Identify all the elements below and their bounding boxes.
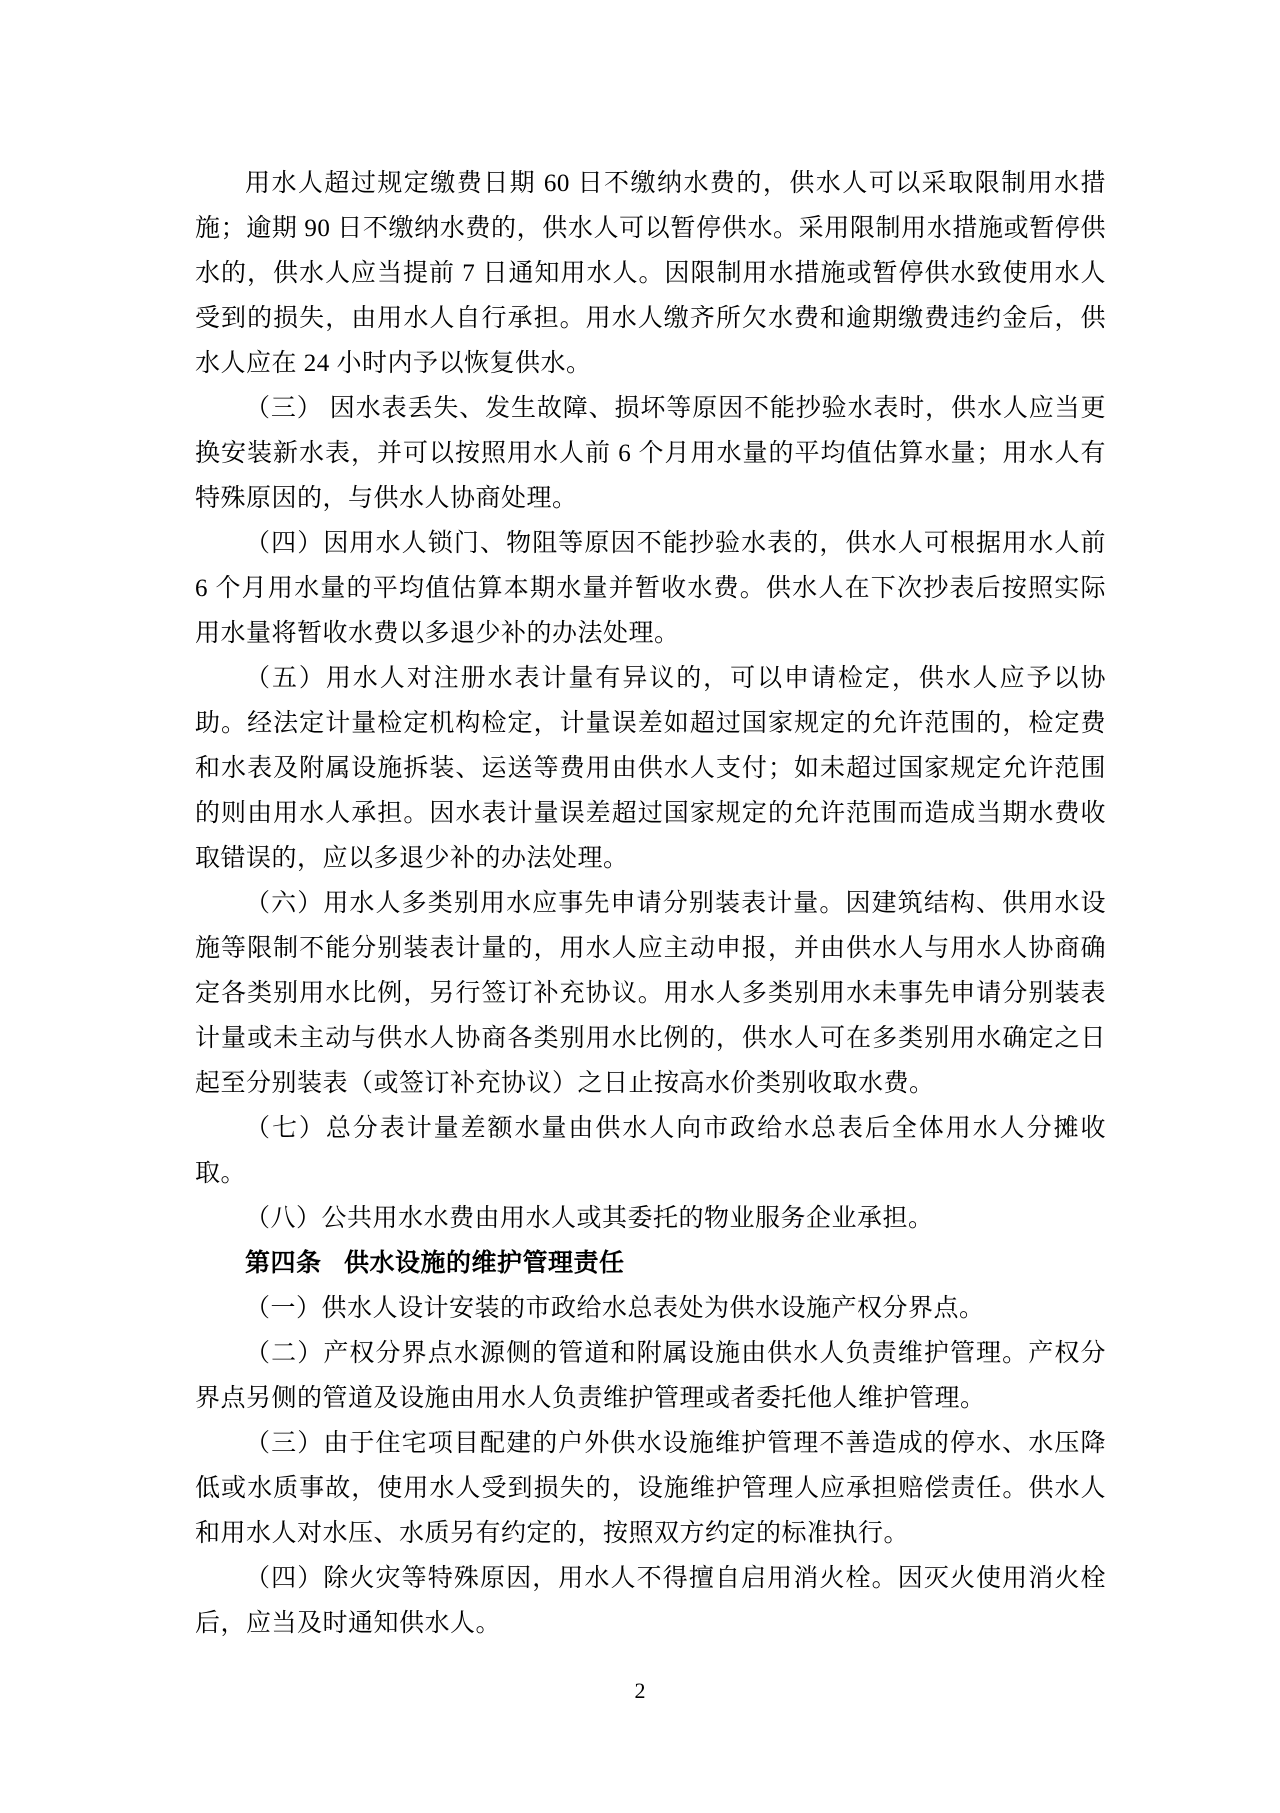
list-item-3-meter-lost: （三） 因水表丢失、发生故障、损坏等原因不能抄验水表时，供水人应当更换安装新水表… [195, 386, 1106, 521]
list-item-3-residential-facilities: （三）由于住宅项目配建的户外供水设施维护管理不善造成的停水、水压降低或水质事故，… [195, 1421, 1106, 1556]
list-item-1-ownership-boundary: （一）供水人设计安装的市政给水总表处为供水设施产权分界点。 [195, 1286, 1106, 1331]
list-item-5-meter-dispute: （五）用水人对注册水表计量有异议的，可以申请检定，供水人应予以协助。经法定计量检… [195, 656, 1106, 881]
list-item-4-locked-door: （四）因用水人锁门、物阻等原因不能抄验水表的，供水人可根据用水人前 6 个月用水… [195, 521, 1106, 656]
list-item-2-pipe-maintenance: （二）产权分界点水源侧的管道和附属设施由供水人负责维护管理。产权分界点另侧的管道… [195, 1331, 1106, 1421]
list-item-6-multi-category: （六）用水人多类别用水应事先申请分别装表计量。因建筑结构、供用水设施等限制不能分… [195, 881, 1106, 1106]
paragraph-overdue-payment: 用水人超过规定缴费日期 60 日不缴纳水费的，供水人可以采取限制用水措施；逾期 … [195, 161, 1106, 386]
section-heading-article-4: 第四条供水设施的维护管理责任 [195, 1241, 1106, 1286]
section-heading-title: 供水设施的维护管理责任 [344, 1250, 625, 1277]
page-number: 2 [0, 1676, 1280, 1706]
document-body: 用水人超过规定缴费日期 60 日不缴纳水费的，供水人可以采取限制用水措施；逾期 … [195, 161, 1106, 1646]
document-page: 用水人超过规定缴费日期 60 日不缴纳水费的，供水人可以采取限制用水措施；逾期 … [0, 0, 1280, 1813]
list-item-4-fire-hydrant: （四）除火灾等特殊原因，用水人不得擅自启用消火栓。因灭火使用消火栓后，应当及时通… [195, 1556, 1106, 1646]
list-item-7-meter-difference: （七）总分表计量差额水量由供水人向市政给水总表后全体用水人分摊收取。 [195, 1106, 1106, 1196]
list-item-8-public-water-fee: （八）公共用水水费由用水人或其委托的物业服务企业承担。 [195, 1196, 1106, 1241]
section-heading-number: 第四条 [245, 1250, 322, 1277]
